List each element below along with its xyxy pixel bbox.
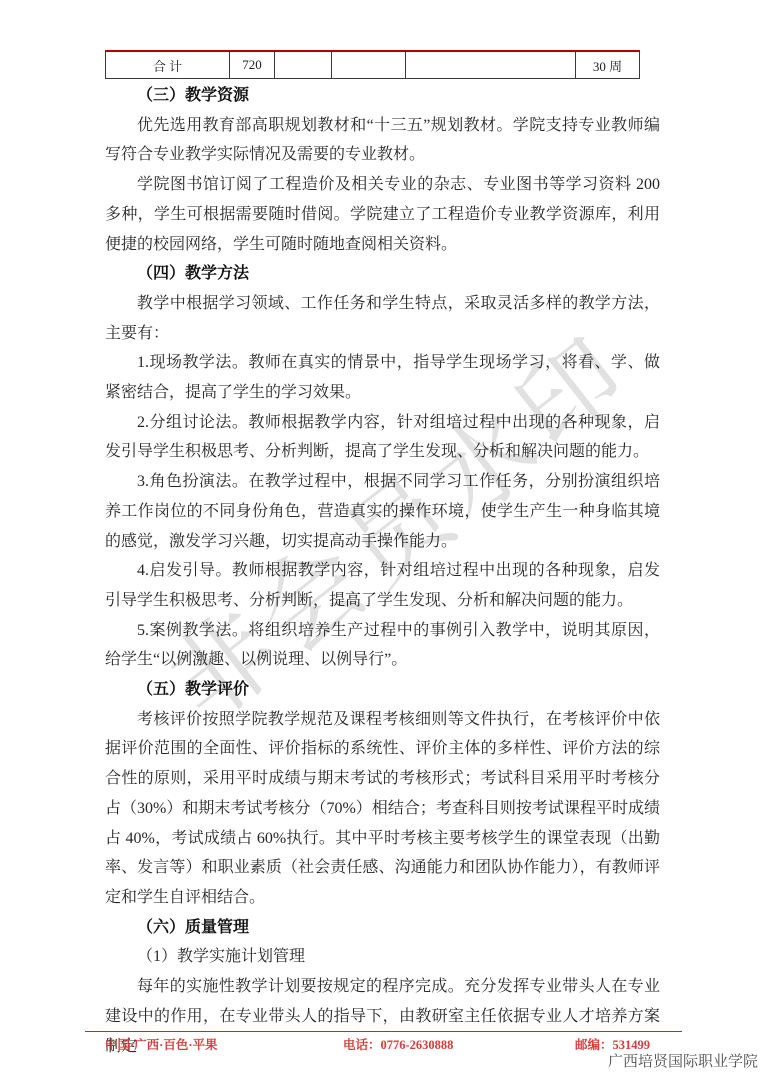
table-cell-empty — [406, 51, 576, 79]
hours-summary-table: 合 计 720 30 周 — [105, 50, 640, 79]
table-cell-empty — [275, 51, 332, 79]
table-cell-total-hours: 720 — [230, 51, 275, 79]
table-cell-total-label: 合 计 — [106, 51, 230, 79]
document-body: （三）教学资源 优先选用教育部高职规划教材和“十三五”规划教材。学院支持专业教师… — [105, 81, 660, 1061]
table-row: 合 计 720 30 周 — [106, 51, 640, 79]
table-cell-empty — [332, 51, 406, 79]
footer-phone: 电话：0776-2630888 — [343, 1035, 453, 1053]
list-item-method-2: 2.分组讨论法。教师根据教学内容，针对组培过程中出现的各种现象，启发引导学生积极… — [105, 408, 660, 467]
footer-divider — [85, 1031, 682, 1032]
footer-location: 中国·广西·百色·平果 — [105, 1035, 218, 1053]
list-item-method-3: 3.角色扮演法。在教学过程中，根据不同学习工作任务，分别扮演组织培养工作岗位的不… — [105, 467, 660, 556]
paragraph: 优先选用教育部高职规划教材和“十三五”规划教材。学院支持专业教师编写符合专业教学… — [105, 111, 660, 170]
list-item-method-1: 1.现场教学法。教师在真实的情景中，指导学生现场学习，将看、学、做紧密结合，提高… — [105, 348, 660, 407]
list-item-method-5: 5.案例教学法。将组织培养生产过程中的事例引入教学中，说明其原因，给学生“以例激… — [105, 616, 660, 675]
paragraph: 考核评价按照学院教学规范及课程考核细则等文件执行，在考核评价中依据评价范围的全面… — [105, 705, 660, 913]
institution-name: 广西培贤国际职业学院 — [608, 1050, 758, 1071]
list-item-method-4: 4.启发引导。教师根据教学内容，针对组培过程中出现的各种现象，启发引导学生积极思… — [105, 556, 660, 615]
section-heading-quality-management: （六）质量管理 — [105, 913, 660, 943]
section-heading-teaching-resources: （三）教学资源 — [105, 81, 660, 111]
section-heading-teaching-methods: （四）教学方法 — [105, 259, 660, 289]
section-heading-teaching-evaluation: （五）教学评价 — [105, 675, 660, 705]
paragraph: 教学中根据学习领域、工作任务和学生特点，采取灵活多样的教学方法，主要有： — [105, 289, 660, 348]
document-page: 非会员水印 合 计 720 30 周 （三）教学资源 优先选用教育部高职规划教材… — [0, 0, 763, 1080]
table-cell-weeks: 30 周 — [576, 51, 640, 79]
subsection-heading-plan-management: （1）教学实施计划管理 — [105, 942, 660, 972]
paragraph: 学院图书馆订阅了工程造价及相关专业的杂志、专业图书等学习资料 200 多种，学生… — [105, 170, 660, 259]
